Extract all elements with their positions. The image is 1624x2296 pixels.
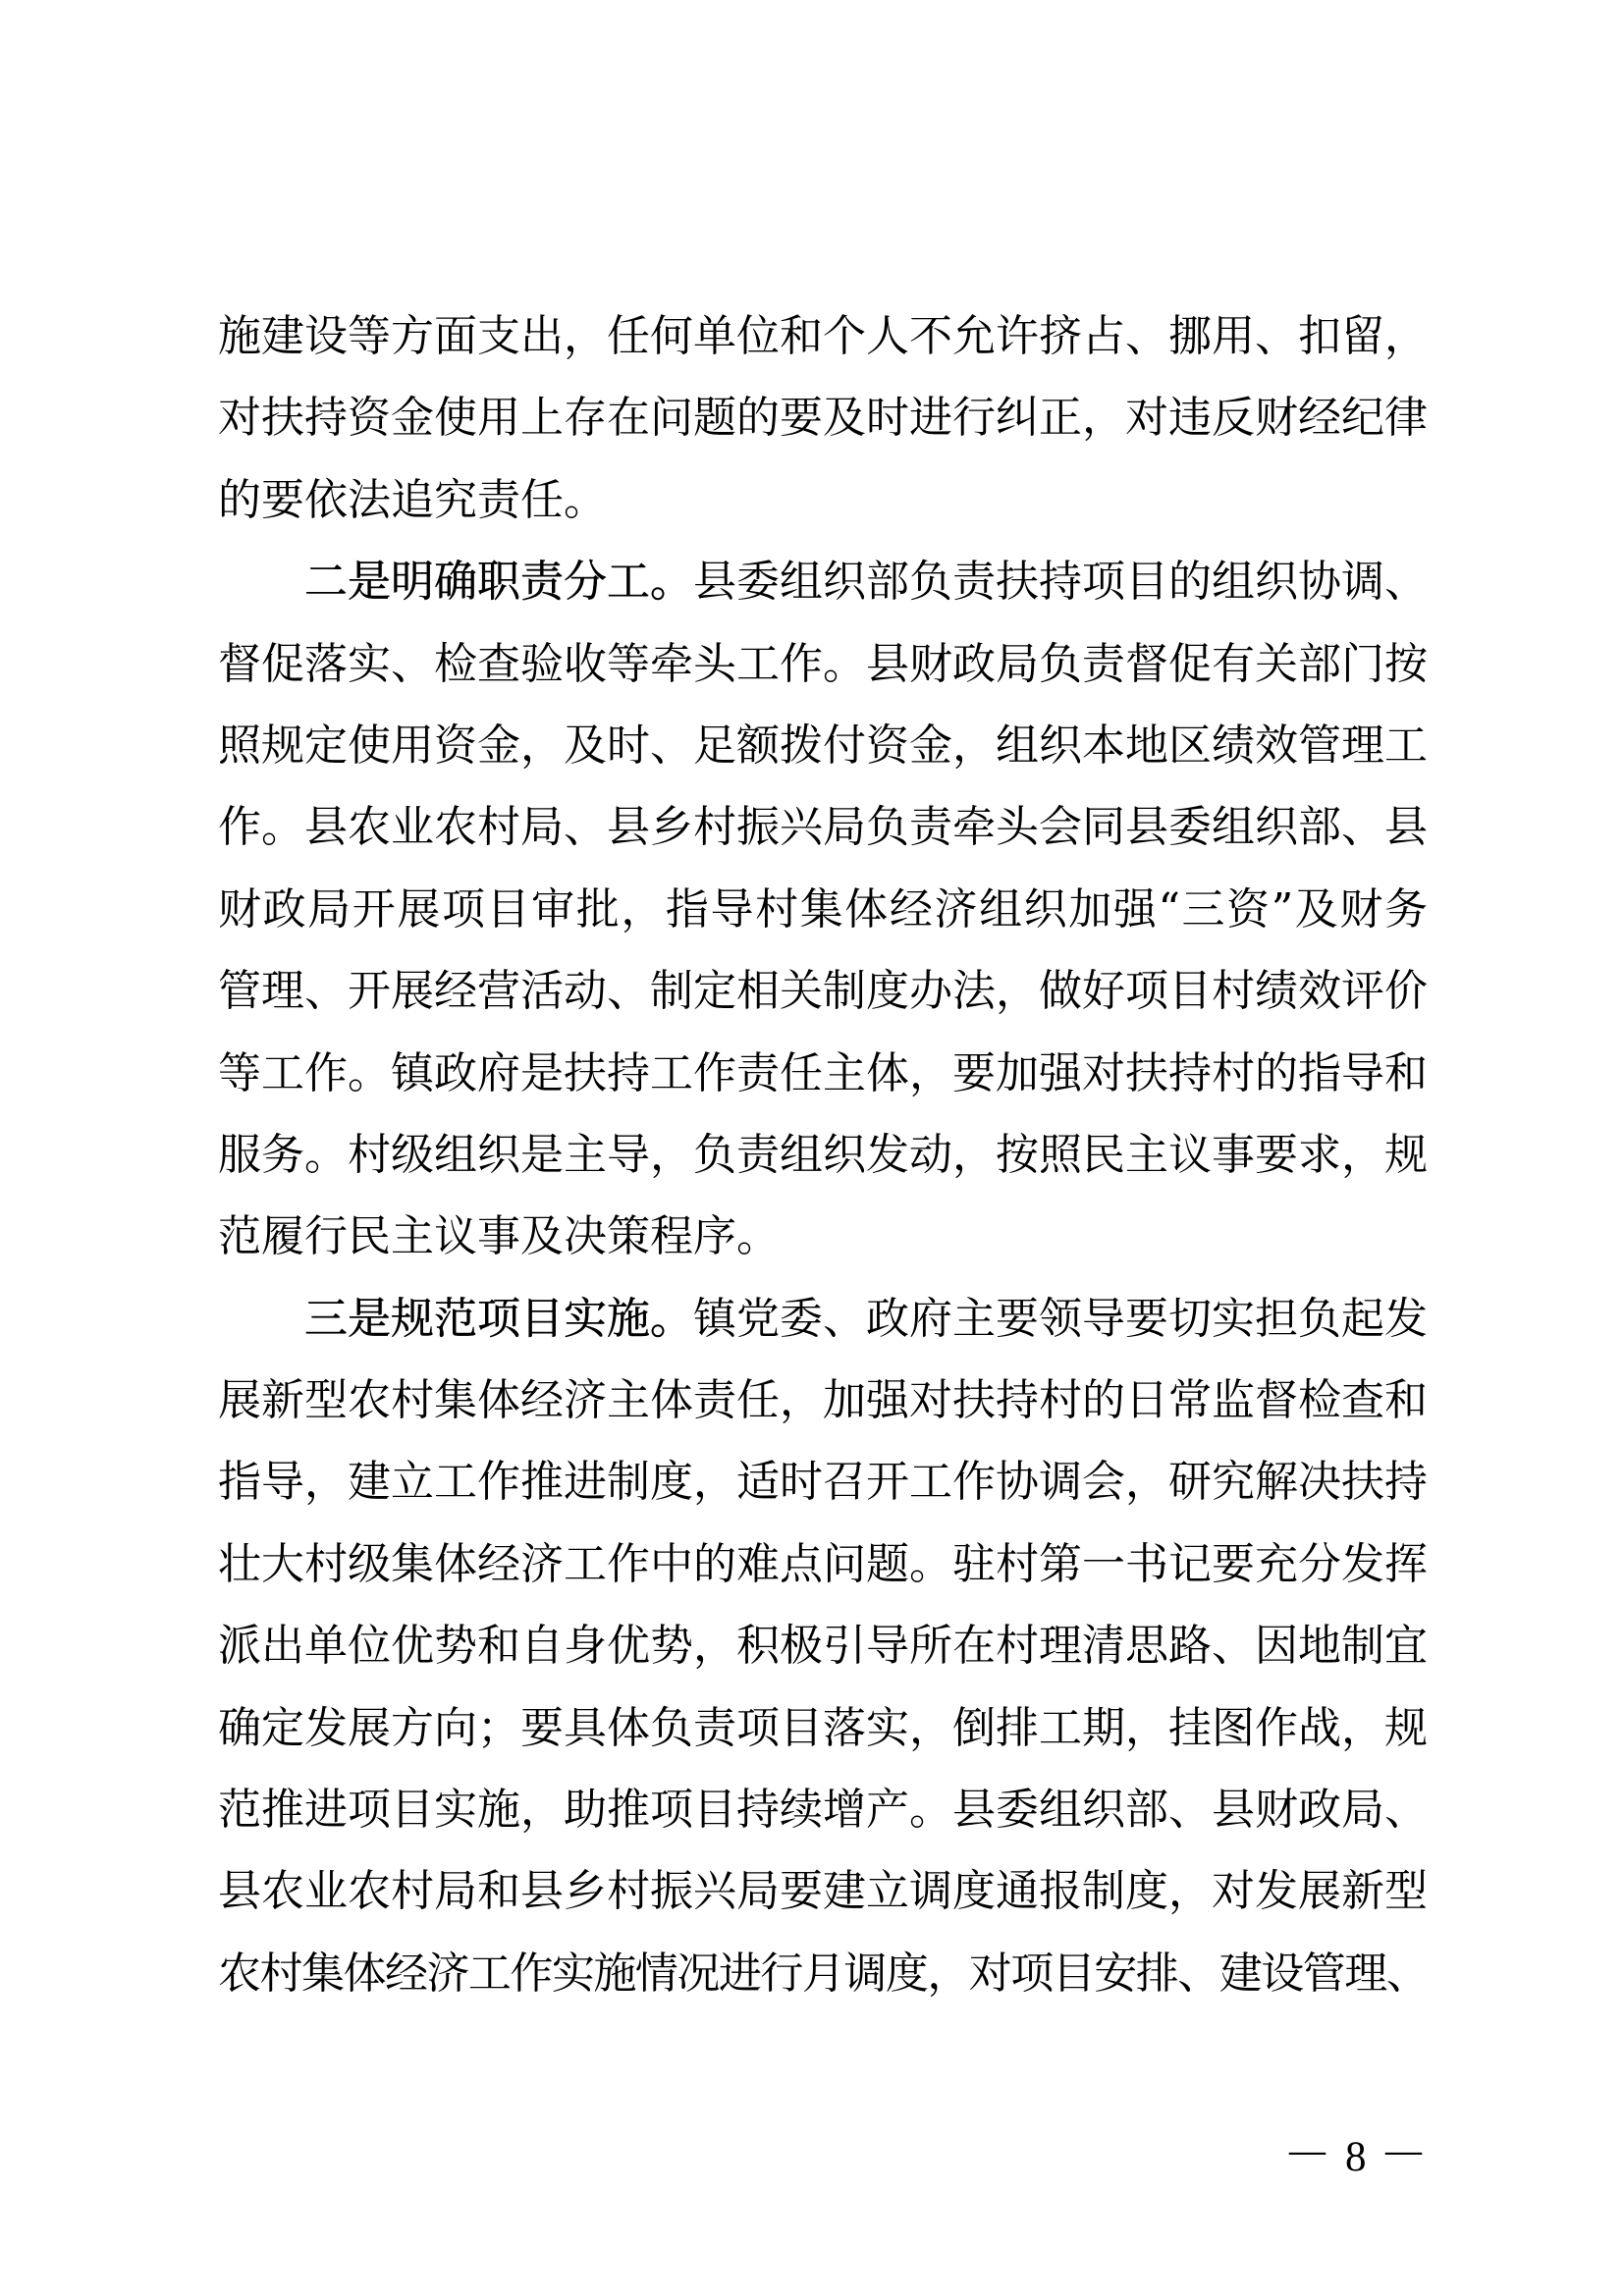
paragraph-line: 派出单位优势和自身优势，积极引导所在村理清思路、因地制宜 — [218, 1605, 1428, 1686]
page-number-dash-left: — — [1289, 2129, 1326, 2171]
document-page: 施建设等方面支出，任何单位和个人不允许挤占、挪用、扣留， 对扶持资金使用上存在问… — [0, 0, 1624, 2296]
paragraph-line: 范履行民主议事及决策程序。 — [218, 1196, 1428, 1277]
paragraph-line: 指导，建立工作推进制度，适时召开工作协调会，研究解决扶持 — [218, 1441, 1428, 1522]
paragraph-line: 作。县农业农村局、县乡村振兴局负责牵头会同县委组织部、县 — [218, 786, 1428, 868]
page-number: 8 — [1345, 2136, 1367, 2178]
paragraph-line: 展新型农村集体经济主体责任，加强对扶持村的日常监督检查和 — [218, 1360, 1428, 1441]
paragraph-line: 照规定使用资金，及时、足额拨付资金，组织本地区绩效管理工 — [218, 705, 1428, 786]
paragraph-line: 壮大村级集体经济工作中的难点问题。驻村第一书记要充分发挥 — [218, 1523, 1428, 1605]
document-body: 施建设等方面支出，任何单位和个人不允许挤占、挪用、扣留， 对扶持资金使用上存在问… — [218, 295, 1428, 2014]
page-number-dash-right: — — [1385, 2129, 1422, 2171]
paragraph-line: 的要依法追究责任。 — [218, 459, 1428, 541]
paragraph-line: 农村集体经济工作实施情况进行月调度，对项目安排、建设管理、 — [218, 1933, 1428, 2014]
paragraph-first-line: 二是明确职责分工。县委组织部负责扶持项目的组织协调、 — [218, 541, 1428, 622]
paragraph-1: 施建设等方面支出，任何单位和个人不允许挤占、挪用、扣留， 对扶持资金使用上存在问… — [218, 295, 1428, 541]
paragraph-lead-heading: 二是明确职责分工。 — [304, 557, 693, 607]
paragraph-lead-heading: 三是规范项目实施。 — [304, 1294, 693, 1344]
paragraph-line: 财政局开展项目审批，指导村集体经济组织加强“三资”及财务 — [218, 869, 1428, 950]
paragraph-line: 确定发展方向；要具体负责项目落实，倒排工期，挂图作战，规 — [218, 1687, 1428, 1769]
paragraph-line: 县农业农村局和县乡村振兴局要建立调度通报制度，对发展新型 — [218, 1850, 1428, 1932]
paragraph-line: 等工作。镇政府是扶持工作责任主体，要加强对扶持村的指导和 — [218, 1033, 1428, 1114]
paragraph-first-line: 三是规范项目实施。镇党委、政府主要领导要切实担负起发 — [218, 1278, 1428, 1360]
paragraph-2: 二是明确职责分工。县委组织部负责扶持项目的组织协调、 督促落实、检查验收等牵头工… — [218, 541, 1428, 1278]
paragraph-line: 对扶持资金使用上存在问题的要及时进行纠正，对违反财经纪律 — [218, 377, 1428, 458]
paragraph-line: 督促落实、检查验收等牵头工作。县财政局负责督促有关部门按 — [218, 623, 1428, 705]
paragraph-3: 三是规范项目实施。镇党委、政府主要领导要切实担负起发 展新型农村集体经济主体责任… — [218, 1278, 1428, 2015]
paragraph-line: 范推进项目实施，助推项目持续增产。县委组织部、县财政局、 — [218, 1769, 1428, 1850]
paragraph-line-text: 镇党委、政府主要领导要切实担负起发 — [693, 1294, 1428, 1344]
paragraph-line: 管理、开展经营活动、制定相关制度办法，做好项目村绩效评价 — [218, 950, 1428, 1032]
paragraph-line: 施建设等方面支出，任何单位和个人不允许挤占、挪用、扣留， — [218, 295, 1428, 377]
paragraph-line-text: 县委组织部负责扶持项目的组织协调、 — [693, 557, 1428, 607]
paragraph-line: 服务。村级组织是主导，负责组织发动，按照民主议事要求，规 — [218, 1114, 1428, 1196]
